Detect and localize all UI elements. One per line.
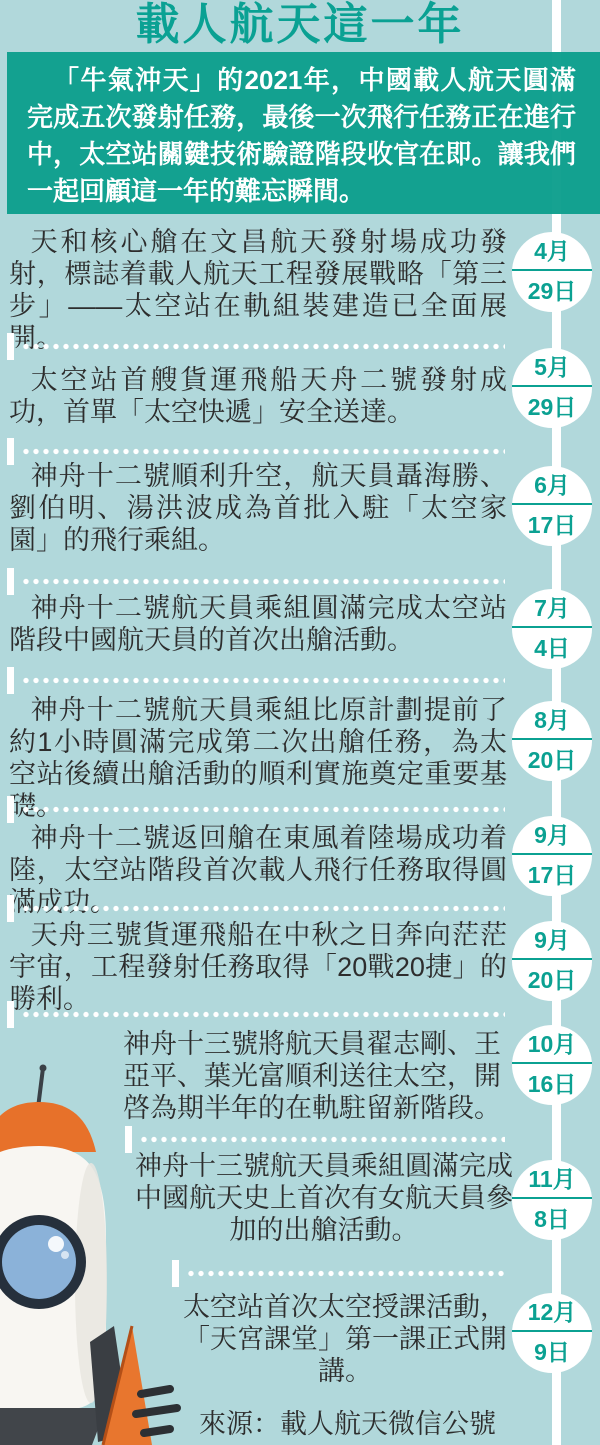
date-day: 16日 — [512, 1064, 592, 1101]
divider-dots — [21, 905, 505, 912]
page-title: 載人航天這一年 — [0, 0, 600, 50]
date-day: 20日 — [512, 960, 592, 997]
rocket-base — [0, 1408, 106, 1445]
timeline-entry-text: 神舟十二號順利升空，航天員聶海勝、劉伯明、湯洪波成為首批入駐「太空家園」的飛行乘… — [9, 460, 507, 556]
date-month: 4月 — [512, 232, 592, 271]
date-badge: 10月 16日 — [512, 1025, 592, 1105]
divider-dots — [21, 1011, 505, 1018]
source-credit: 來源：載人航天微信公號 — [175, 1402, 520, 1441]
date-month: 8月 — [512, 701, 592, 740]
dotted-divider — [172, 1260, 505, 1287]
divider-dots — [139, 1136, 505, 1143]
date-month: 9月 — [512, 921, 592, 960]
date-day: 20日 — [512, 740, 592, 777]
divider-dots — [186, 1270, 505, 1277]
date-month: 10月 — [512, 1025, 592, 1064]
divider-bar — [7, 1001, 14, 1028]
timeline-entry-text: 太空站首艘貨運飛船天舟二號發射成功，首單「太空快遞」安全送達。 — [9, 364, 507, 428]
dotted-divider — [7, 796, 505, 823]
date-badge: 9月 20日 — [512, 921, 592, 1001]
divider-dots — [21, 578, 505, 585]
infographic: 載人航天這一年 「牛氣沖天」的2021年，中國載人航天圓滿完成五次發射任務，最後… — [0, 0, 600, 1445]
dotted-divider — [7, 1001, 505, 1028]
date-day: 29日 — [512, 387, 592, 424]
dotted-divider — [7, 667, 505, 694]
date-month: 6月 — [512, 466, 592, 505]
date-badge: 7月 4日 — [512, 589, 592, 669]
date-day: 8日 — [512, 1199, 592, 1236]
date-badge: 4月 29日 — [512, 232, 592, 312]
divider-dots — [21, 806, 505, 813]
window-highlight — [48, 1236, 64, 1252]
date-badge: 9月 17日 — [512, 816, 592, 896]
date-badge: 8月 20日 — [512, 701, 592, 781]
date-day: 9日 — [512, 1332, 592, 1369]
divider-bar — [7, 568, 14, 595]
date-month: 7月 — [512, 589, 592, 628]
dotted-divider — [7, 895, 505, 922]
date-day: 4日 — [512, 628, 592, 665]
divider-dots — [21, 448, 505, 455]
date-badge: 11月 8日 — [512, 1160, 592, 1240]
divider-bar — [7, 796, 14, 823]
divider-bar — [7, 333, 14, 360]
rocket-nose-cone — [0, 1102, 96, 1152]
dotted-divider — [7, 568, 505, 595]
timeline-entry-text: 太空站首次太空授課活動，「天宮課堂」第一課正式開講。 — [180, 1291, 510, 1387]
date-month: 5月 — [512, 348, 592, 387]
divider-dots — [21, 677, 505, 684]
rocket-illustration — [0, 1058, 190, 1445]
date-badge: 12月 9日 — [512, 1293, 592, 1373]
dotted-divider — [7, 333, 505, 360]
date-day: 17日 — [512, 505, 592, 542]
divider-dots — [21, 343, 505, 350]
date-month: 11月 — [512, 1160, 592, 1199]
date-badge: 5月 29日 — [512, 348, 592, 428]
intro-panel: 「牛氣沖天」的2021年，中國載人航天圓滿完成五次發射任務，最後一次飛行任務正在… — [7, 52, 600, 214]
date-day: 17日 — [512, 855, 592, 892]
divider-bar — [7, 895, 14, 922]
date-badge: 6月 17日 — [512, 466, 592, 546]
date-month: 12月 — [512, 1293, 592, 1332]
date-month: 9月 — [512, 816, 592, 855]
timeline-entry-text: 神舟十二號航天員乘組圓滿完成太空站階段中國航天員的首次出艙活動。 — [9, 592, 507, 656]
date-day: 29日 — [512, 271, 592, 308]
window-highlight-small — [61, 1251, 69, 1259]
intro-text: 「牛氣沖天」的2021年，中國載人航天圓滿完成五次發射任務，最後一次飛行任務正在… — [27, 62, 576, 210]
rocket-window — [2, 1225, 76, 1299]
divider-bar — [7, 667, 14, 694]
timeline-entry-text: 神舟十三號航天員乘組圓滿完成中國航天史上首次有女航天員參加的出艙活動。 — [135, 1150, 513, 1246]
